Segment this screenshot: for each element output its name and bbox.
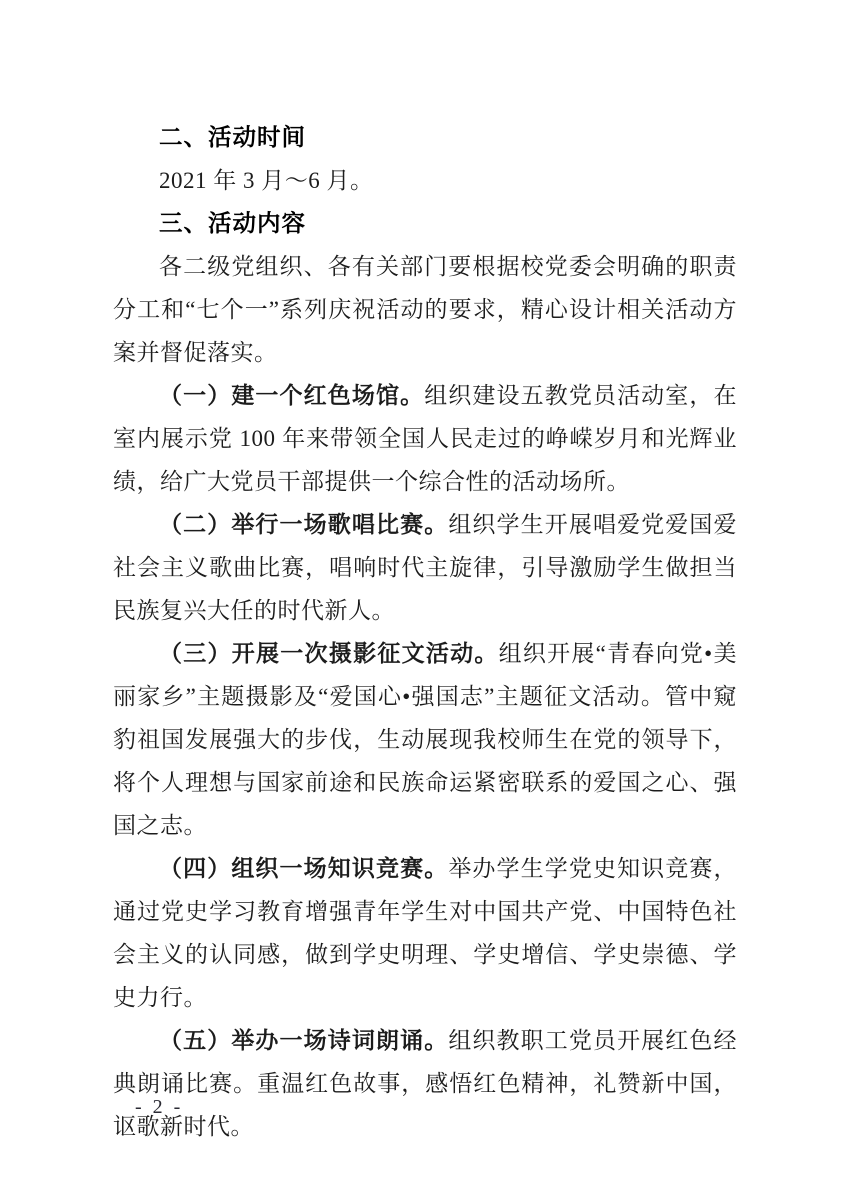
- activity-time-text: 2021 年 3 月～6 月。: [113, 159, 737, 202]
- section-heading-activity-content: 三、活动内容: [113, 202, 737, 245]
- intro-paragraph-text: 各二级党组织、各有关部门要根据校党委会明确的职责分工和“七个一”系列庆祝活动的要…: [113, 254, 737, 365]
- activity-item-1-lead: （一）建一个红色场馆。: [159, 383, 424, 408]
- page-number: - 2 -: [135, 1092, 183, 1122]
- document-page: 二、活动时间 2021 年 3 月～6 月。 三、活动内容 各二级党组织、各有关…: [0, 0, 848, 1200]
- activity-item-1: （一）建一个红色场馆。组织建设五教党员活动室，在室内展示党 100 年来带领全国…: [113, 374, 737, 503]
- activity-item-2-lead: （二）举行一场歌唱比赛。: [159, 512, 448, 537]
- activity-item-5: （五）举办一场诗词朗诵。组织教职工党员开展红色经典朗诵比赛。重温红色故事，感悟红…: [113, 1019, 737, 1148]
- document-body: 二、活动时间 2021 年 3 月～6 月。 三、活动内容 各二级党组织、各有关…: [113, 116, 737, 1148]
- activity-item-2: （二）举行一场歌唱比赛。组织学生开展唱爱党爱国爱社会主义歌曲比赛，唱响时代主旋律…: [113, 503, 737, 632]
- intro-paragraph: 各二级党组织、各有关部门要根据校党委会明确的职责分工和“七个一”系列庆祝活动的要…: [113, 245, 737, 374]
- activity-item-3-text: 组织开展“青春向党•美丽家乡”主题摄影及“爱国心•强国志”主题征文活动。管中窥豹…: [113, 641, 737, 838]
- section-heading-activity-time: 二、活动时间: [113, 116, 737, 159]
- activity-item-5-lead: （五）举办一场诗词朗诵。: [159, 1028, 448, 1053]
- activity-item-4: （四）组织一场知识竞赛。举办学生学党史知识竞赛，通过党史学习教育增强青年学生对中…: [113, 847, 737, 1019]
- activity-item-3-lead: （三）开展一次摄影征文活动。: [159, 641, 499, 666]
- activity-item-4-lead: （四）组织一场知识竞赛。: [159, 856, 448, 881]
- activity-item-3: （三）开展一次摄影征文活动。组织开展“青春向党•美丽家乡”主题摄影及“爱国心•强…: [113, 632, 737, 847]
